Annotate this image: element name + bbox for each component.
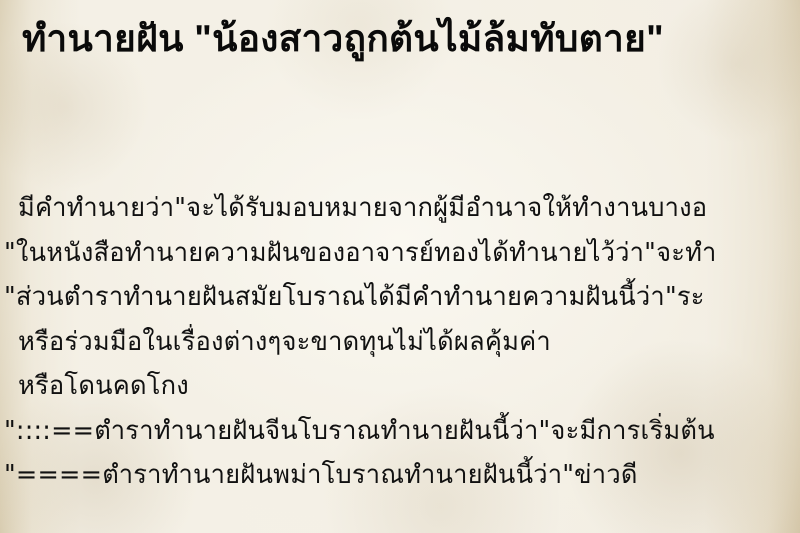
prediction-line-3: "ส่วนตำราทำนายฝันสมัยโบราณได้มีคำทำนายคว… <box>0 275 800 320</box>
prediction-text: มีคำทำนายว่า"จะได้รับมอบหมายจากผู้มีอำนา… <box>0 186 800 498</box>
prediction-line-1: มีคำทำนายว่า"จะได้รับมอบหมายจากผู้มีอำนา… <box>0 186 800 231</box>
prediction-line-5: หรือโดนคดโกง <box>0 364 800 409</box>
prediction-line-6: "::::==ตำราทำนายฝันจีนโบราณทำนายฝันนี้ว่… <box>0 409 800 454</box>
prediction-line-2: "ในหนังสือทำนายความฝันของอาจารย์ทองได้ทำ… <box>0 231 800 276</box>
prediction-line-7: "====ตำราทำนายฝันพม่าโบราณทำนายฝันนี้ว่า… <box>0 453 800 498</box>
prediction-line-4: หรือร่วมมือในเรื่องต่างๆจะขาดทุนไม่ได้ผล… <box>0 320 800 365</box>
page-title: ทำนายฝัน "น้องสาวถูกต้นไม้ล้มทับตาย" <box>22 8 664 70</box>
